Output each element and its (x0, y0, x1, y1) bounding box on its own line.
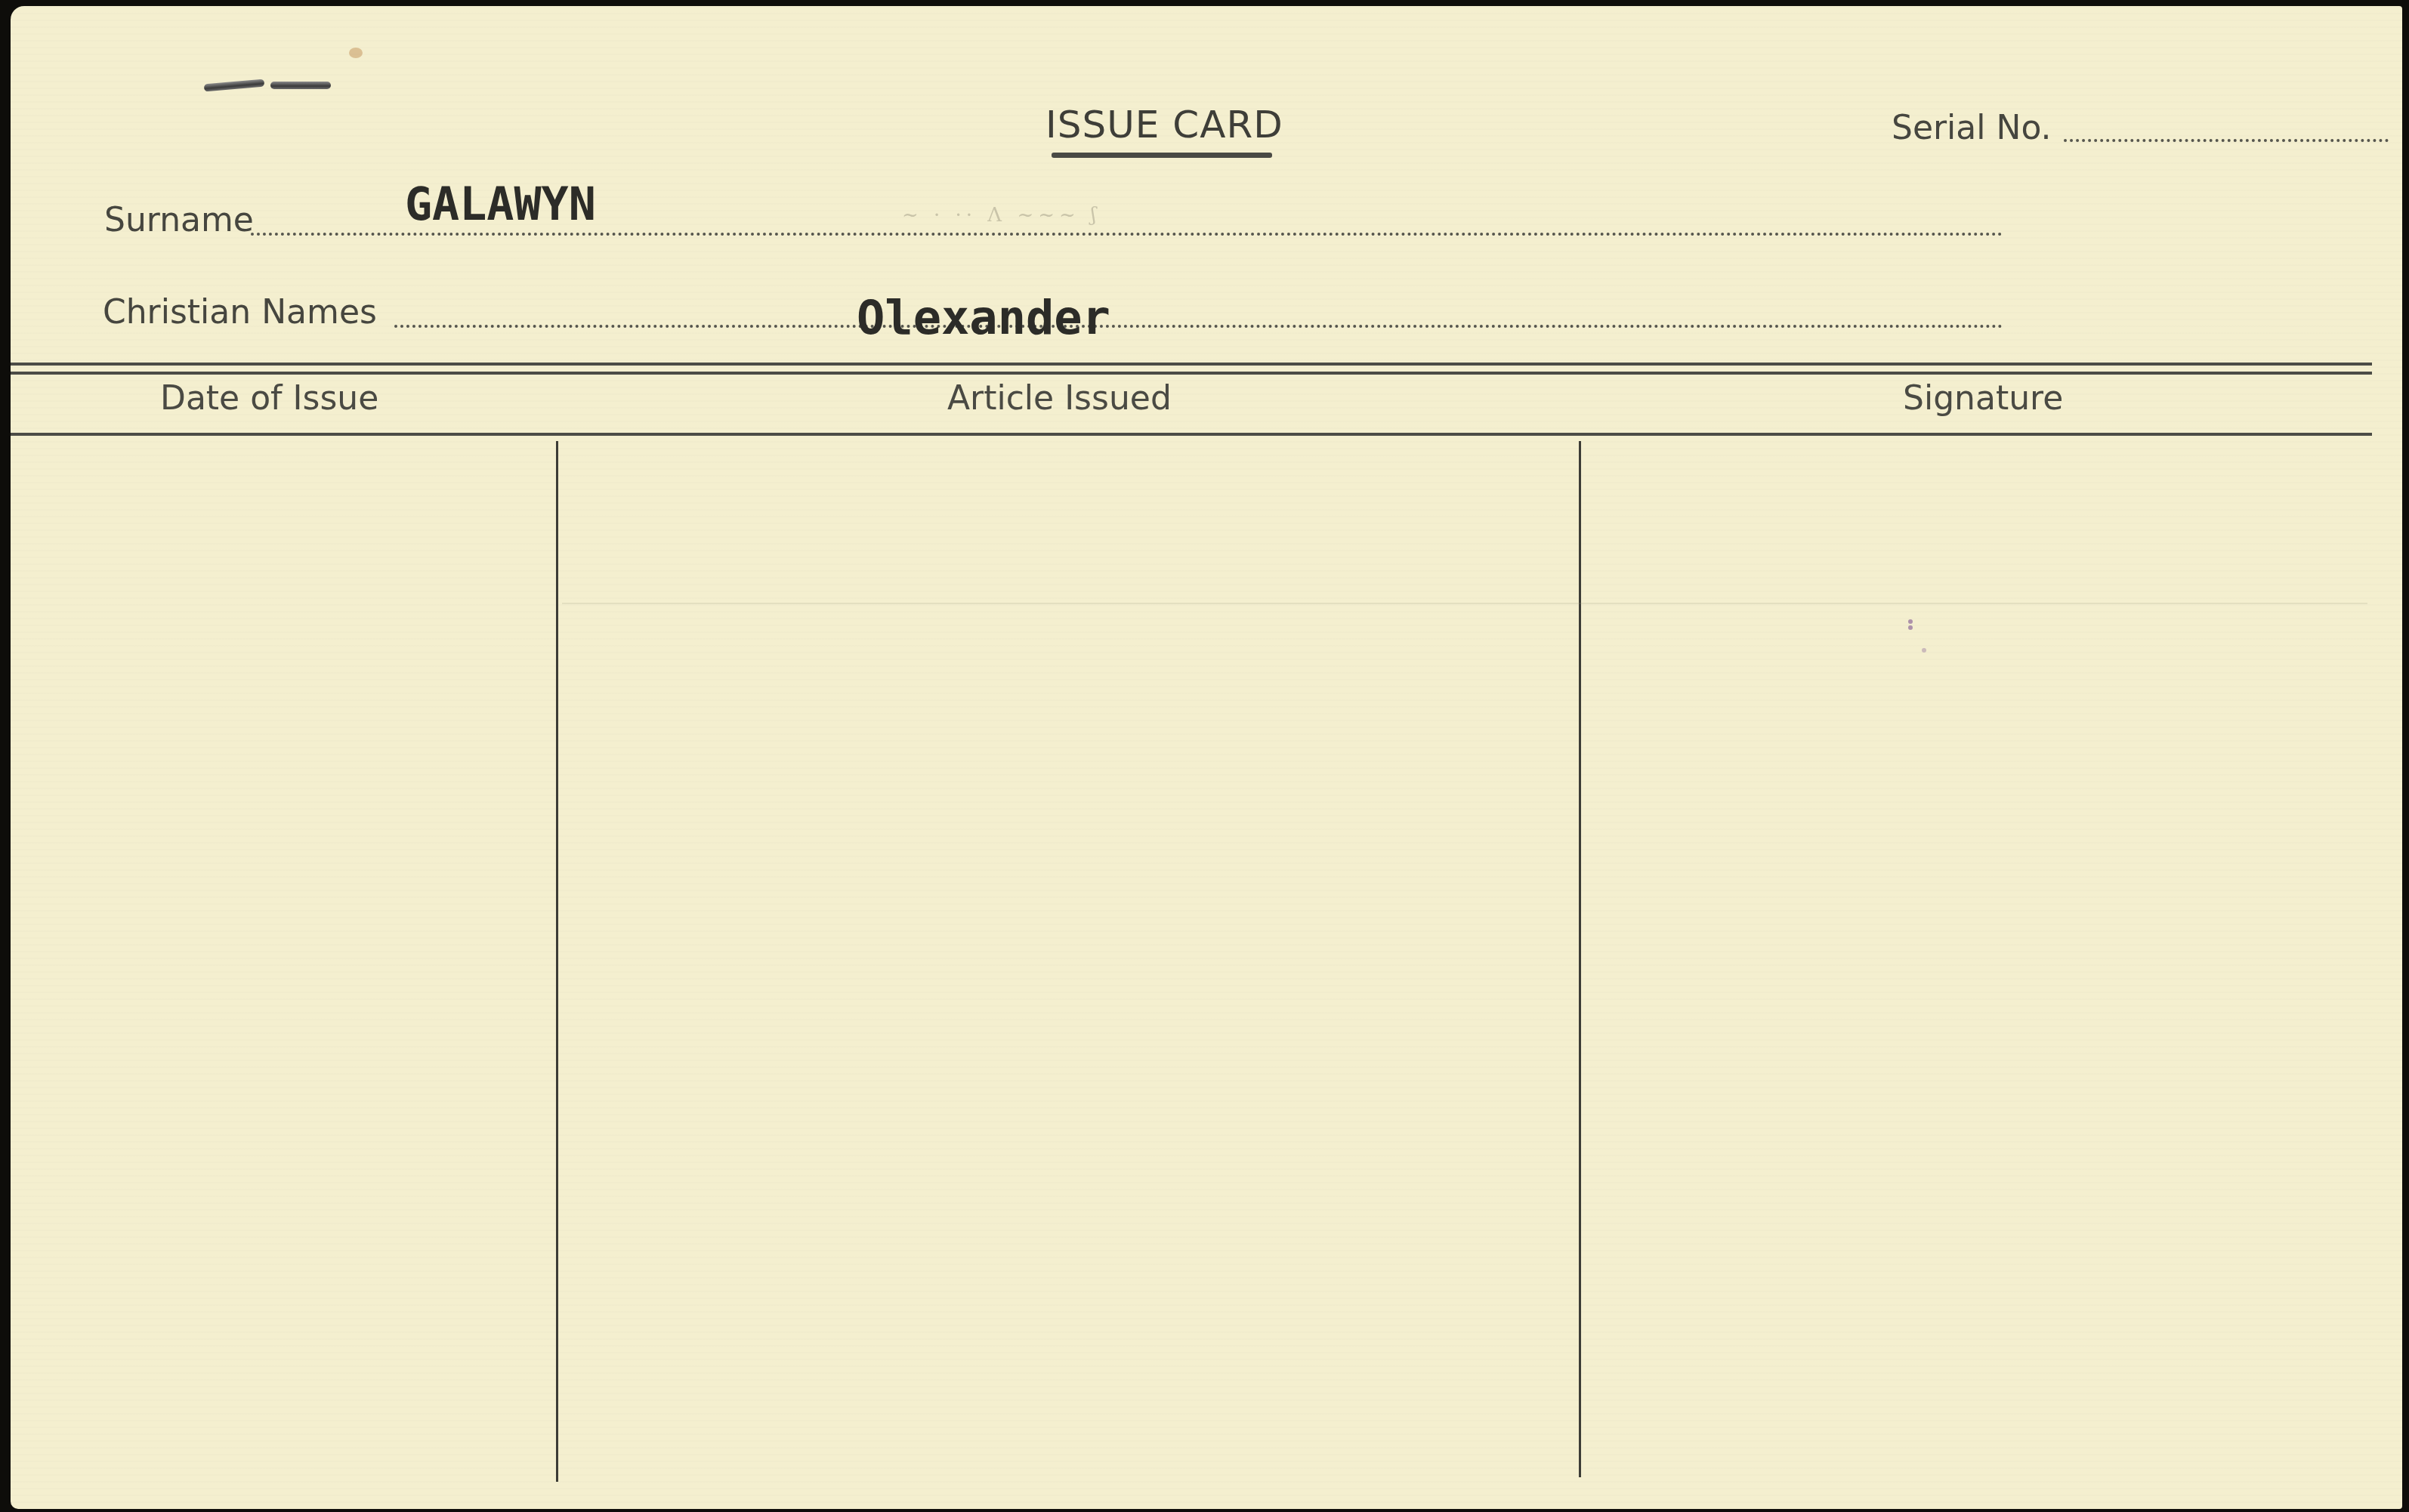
article-issued-column[interactable] (559, 436, 1579, 1478)
serial-no-label: Serial No. (1892, 109, 2052, 147)
date-of-issue-column[interactable] (11, 436, 556, 1478)
title-underline (1052, 153, 1272, 158)
table-body (11, 436, 2372, 1478)
issue-card: ISSUE CARD Serial No. Surname GALAWYN ~ … (11, 6, 2402, 1509)
surname-value: GALAWYN (405, 178, 596, 231)
faint-guideline (562, 603, 2367, 604)
pencil-note: ~ · ·· Λ ~~~ ʃ (902, 204, 1101, 227)
serial-no-field[interactable] (2064, 139, 2389, 142)
ink-speck (1908, 619, 1913, 624)
staple-icon (270, 82, 331, 89)
header-rule-bottom (11, 372, 2372, 375)
signature-column[interactable] (1582, 436, 2372, 1478)
christian-names-field[interactable] (394, 325, 2003, 328)
column-divider-left (556, 441, 558, 1482)
christian-names-label: Christian Names (103, 293, 377, 332)
column-header-date-of-issue: Date of Issue (160, 379, 378, 418)
column-header-article-issued: Article Issued (947, 379, 1172, 418)
staple-icon (204, 79, 265, 92)
column-divider-right (1579, 441, 1581, 1477)
christian-names-value: Olexander (857, 290, 1110, 345)
ink-speck (1922, 648, 1926, 653)
ink-speck (1908, 625, 1913, 630)
column-header-signature: Signature (1903, 379, 2063, 418)
surname-label: Surname (104, 201, 254, 239)
header-rule-top (11, 363, 2372, 366)
card-title: ISSUE CARD (1045, 103, 1283, 147)
surname-field[interactable] (251, 233, 2003, 236)
rust-stain (349, 48, 363, 58)
